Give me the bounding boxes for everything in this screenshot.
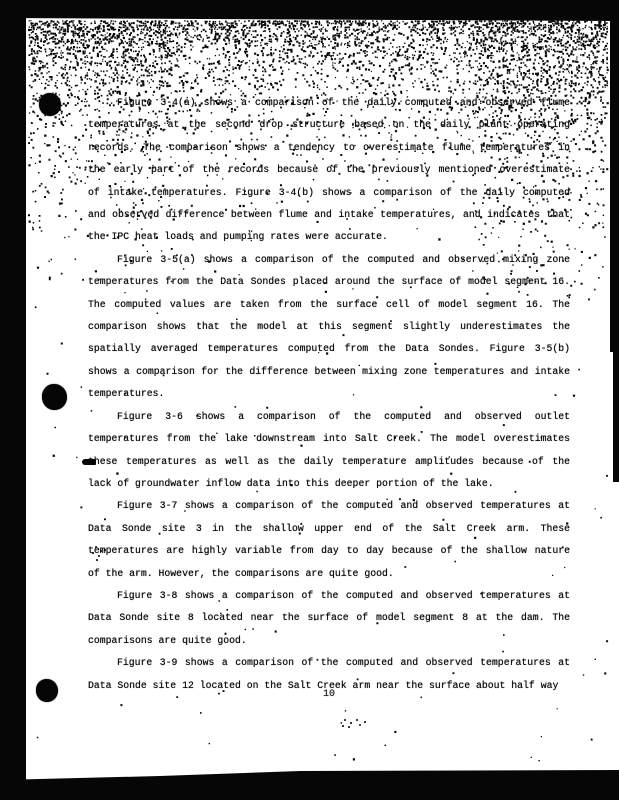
text-line: temperatures. [88,383,570,405]
text-line: comparison shows that the model at this … [88,316,570,338]
text-line: of intake temperatures. Figure 3-4(b) sh… [88,182,570,204]
text-line: Data Sonde site 3 in the shallow upper e… [88,518,570,540]
speck-dot [342,725,344,727]
speck-dot [356,719,358,721]
text-line: of the arm. However, the comparisons are… [88,563,570,585]
scan-border-left [0,0,26,800]
punch-hole [42,384,67,410]
text-line: records. The comparison shows a tendency… [88,137,570,159]
speck-dot [344,719,346,721]
text-line: Figure 3-6 shows a comparison of the com… [88,406,570,428]
text-line: Data Sonde site 8 located near the surfa… [88,607,570,629]
text-line: and observed difference between flume an… [88,204,570,226]
text-line: temperatures from the Data Sondes placed… [88,271,570,293]
paragraph: Figure 3-4(a) shows a comparison of the … [88,92,570,249]
text-line: these temperatures as well as the daily … [88,451,570,473]
text-line: temperatures from the lake downstream in… [88,428,570,450]
paragraph: Figure 3-7 shows a comparison of the com… [88,495,570,585]
body-text: Figure 3-4(a) shows a comparison of the … [88,92,570,697]
text-line: Figure 3-4(a) shows a comparison of the … [88,92,570,114]
punch-hole [36,679,58,702]
page-number: 10 [88,689,570,701]
text-line: shows a comparison for the difference be… [88,361,570,383]
text-line: Figure 3-7 shows a comparison of the com… [88,495,570,517]
speck-dot [359,724,361,726]
text-line: lack of groundwater inflow data into thi… [88,473,570,495]
paragraph: Figure 3-6 shows a comparison of the com… [88,406,570,496]
text-line: Figure 3-9 shows a comparison of the com… [88,652,570,674]
text-line: Figure 3-5(a) shows a comparison of the … [88,249,570,271]
speck-dot [348,726,350,728]
text-line: comparisons are quite good. [88,630,570,652]
speck-dot [364,721,366,723]
scan-border-right-upper [610,0,619,352]
paragraph: Figure 3-5(a) shows a comparison of the … [88,249,570,406]
scan-border-top [0,0,619,22]
text-line: Figure 3-8 shows a comparison of the com… [88,585,570,607]
text-line: The computed values are taken from the s… [88,294,570,316]
paragraph: Figure 3-8 shows a comparison of the com… [88,585,570,652]
text-line: the early part of the records because of… [88,159,570,181]
scan-border-right-lower [613,352,619,482]
speck-dot [350,722,352,724]
text-line: the IPC heat loads and pumping rates wer… [88,226,570,248]
punch-hole [39,93,61,116]
text-line: spatially averaged temperatures computed… [88,338,570,360]
text-line: temperatures at the second drop structur… [88,114,570,136]
text-line: temperatures are highly variable from da… [88,540,570,562]
page-scan: Figure 3-4(a) shows a comparison of the … [0,0,619,800]
scan-border-bottom [0,766,619,800]
